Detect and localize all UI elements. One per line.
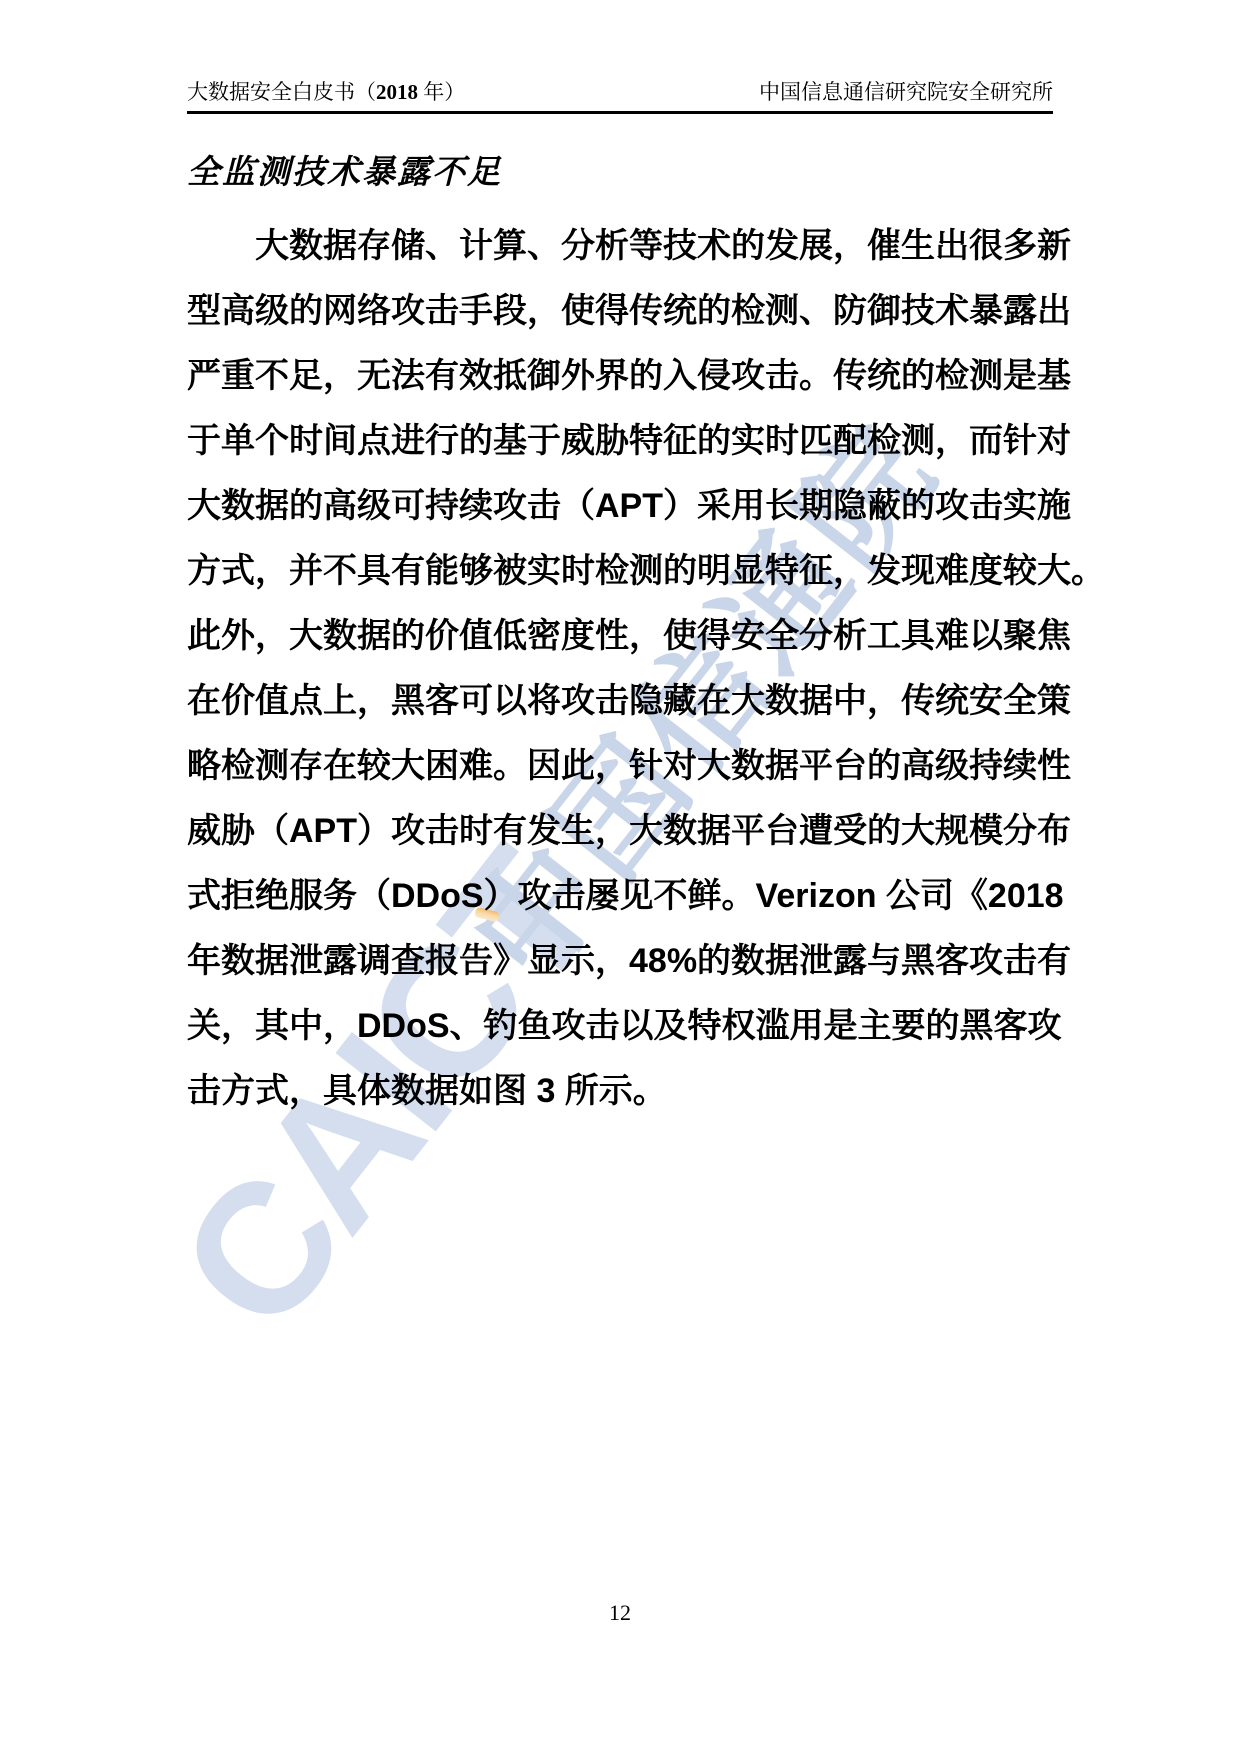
header-left-pre: 大数据安全白皮书（ (187, 80, 376, 104)
paragraph-line: 在价值点上，黑客可以将攻击隐藏在大数据中，传统安全策 (187, 669, 1053, 734)
paragraph-line: 此外，大数据的价值低密度性，使得安全分析工具难以聚焦 (187, 604, 1053, 669)
header-right-title: 中国信息通信研究院安全研究所 (759, 80, 1053, 104)
header-left-title: 大数据安全白皮书（2018 年） (187, 80, 465, 104)
paragraph-line: 式拒绝服务（DDoS）攻击屡见不鲜。Verizon 公司《2018 (187, 864, 1053, 929)
page-number: 12 (0, 1600, 1240, 1626)
header-left-post: 年） (418, 80, 465, 104)
page-header: 大数据安全白皮书（2018 年） 中国信息通信研究院安全研究所 (187, 80, 1053, 114)
paragraph-line: 大数据存储、计算、分析等技术的发展，催生出很多新 (187, 214, 1053, 279)
header-year: 2018 (376, 80, 418, 104)
paragraph-line: 关，其中，DDoS、钓鱼攻击以及特权滥用是主要的黑客攻 (187, 994, 1053, 1059)
paragraph-line: 严重不足，无法有效抵御外界的入侵攻击。传统的检测是基 (187, 344, 1053, 409)
section-heading: 全监测技术暴露不足 (187, 148, 1053, 198)
paragraph-line: 威胁（APT）攻击时有发生，大数据平台遭受的大规模分布 (187, 799, 1053, 864)
paragraph-line: 击方式，具体数据如图 3 所示。 (187, 1059, 1053, 1124)
paragraph-line: 略检测存在较大困难。因此，针对大数据平台的高级持续性 (187, 734, 1053, 799)
paragraph-line: 于单个时间点进行的基于威胁特征的实时匹配检测，而针对 (187, 409, 1053, 474)
paragraph-line: 大数据的高级可持续攻击（APT）采用长期隐蔽的攻击实施 (187, 474, 1053, 539)
paragraph-line: 方式，并不具有能够被实时检测的明显特征，发现难度较大。 (187, 539, 1053, 604)
document-page: 大数据安全白皮书（2018 年） 中国信息通信研究院安全研究所 CAICT 中国… (0, 0, 1240, 1754)
document-content: 全监测技术暴露不足 大数据存储、计算、分析等技术的发展，催生出很多新 型高级的网… (187, 148, 1053, 1124)
paragraph-line: 型高级的网络攻击手段，使得传统的检测、防御技术暴露出 (187, 279, 1053, 344)
paragraph-line: 年数据泄露调查报告》显示，48%的数据泄露与黑客攻击有 (187, 929, 1053, 994)
